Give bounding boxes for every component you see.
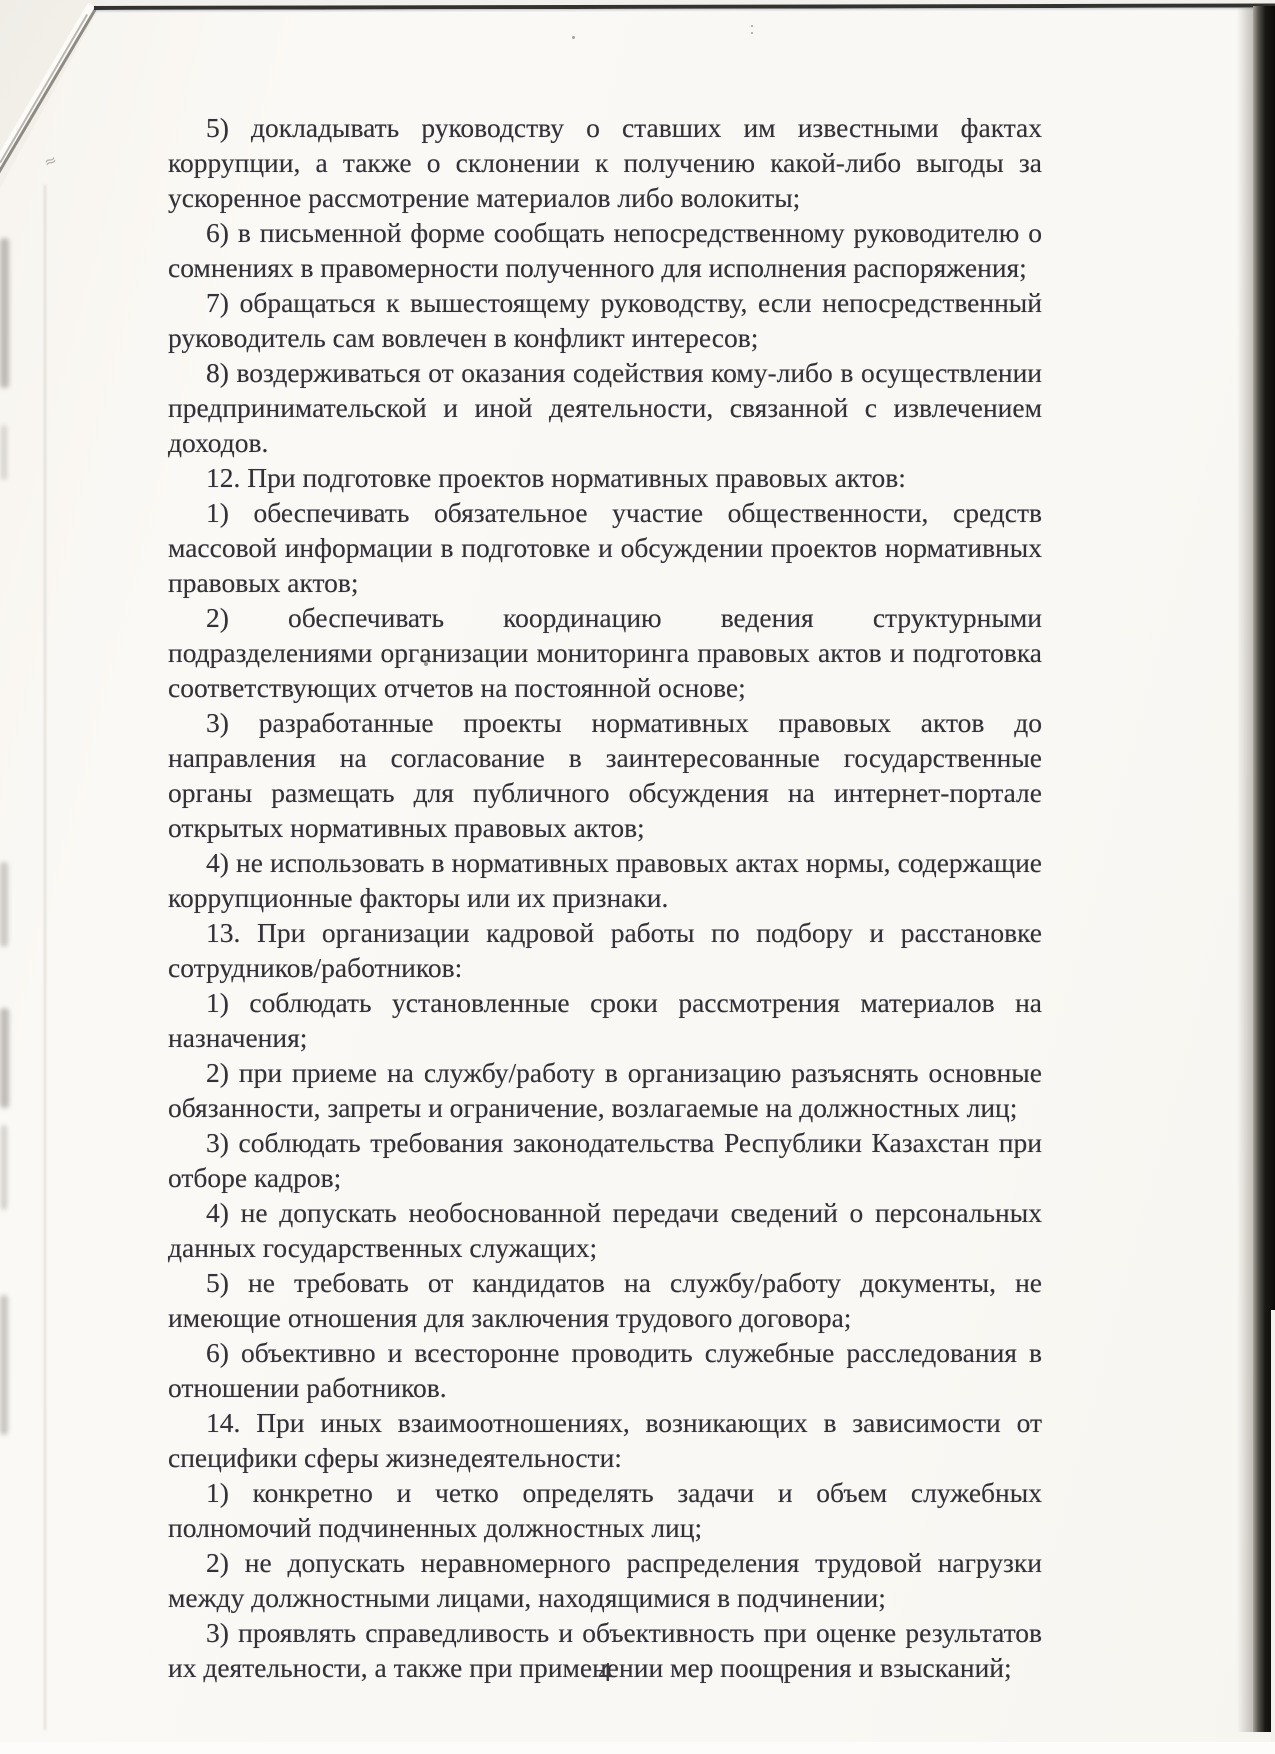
scan-edge-bottom: [0, 1742, 1275, 1754]
paragraph: 14. При иных взаимоотношениях, возникающ…: [168, 1405, 1042, 1475]
paragraph: 5) не требовать от кандидатов на службу/…: [168, 1265, 1042, 1335]
scanned-page: 5) докладывать руководству о ставших им …: [0, 0, 1275, 1754]
document-body: 5) докладывать руководству о ставших им …: [168, 110, 1042, 1685]
scan-speck: [572, 36, 575, 39]
scan-smudge: [0, 238, 9, 388]
scan-edge-right-shadow: [1237, 8, 1253, 1732]
paragraph: 5) докладывать руководству о ставших им …: [168, 110, 1042, 215]
paragraph: 13. При организации кадровой работы по п…: [168, 915, 1042, 985]
scan-smudge: [0, 1295, 8, 1435]
scan-pencil-mark: ≈: [41, 150, 59, 171]
scan-smudge: [1, 425, 7, 480]
paragraph: 2) не допускать неравномерного распредел…: [168, 1545, 1042, 1615]
scan-speck: [424, 662, 428, 666]
paragraph: 2) обеспечивать координацию ведения стру…: [168, 600, 1042, 705]
paragraph: 1) обеспечивать обязательное участие общ…: [168, 495, 1042, 600]
paragraph: 3) соблюдать требования законодательства…: [168, 1125, 1042, 1195]
paper-left-crease: [44, 185, 46, 1730]
scan-edge-right-sliver: [1271, 1310, 1275, 1754]
paragraph: 6) в письменной форме сообщать непосредс…: [168, 215, 1042, 285]
paragraph: 1) конкретно и четко определять задачи и…: [168, 1475, 1042, 1545]
scan-speck: [751, 25, 753, 27]
paragraph: 7) обращаться к вышестоящему руководству…: [168, 285, 1042, 355]
paragraph: 4) не допускать необоснованной передачи …: [168, 1195, 1042, 1265]
page-number: 4: [168, 1657, 1042, 1688]
paragraph: 1) соблюдать установленные сроки рассмот…: [168, 985, 1042, 1055]
scan-smudge: [0, 1008, 9, 1108]
paragraph: 3) разработанные проекты нормативных пра…: [168, 705, 1042, 845]
paragraph: 12. При подготовке проектов нормативных …: [168, 460, 1042, 495]
scan-smudge: [1, 1125, 7, 1210]
paragraph: 4) не использовать в нормативных правовы…: [168, 845, 1042, 915]
paragraph: 6) объективно и всесторонне проводить сл…: [168, 1335, 1042, 1405]
paragraph: 2) при приеме на службу/работу в организ…: [168, 1055, 1042, 1125]
paragraph: 8) воздерживаться от оказания содействия…: [168, 355, 1042, 460]
scan-smudge: [0, 862, 8, 947]
